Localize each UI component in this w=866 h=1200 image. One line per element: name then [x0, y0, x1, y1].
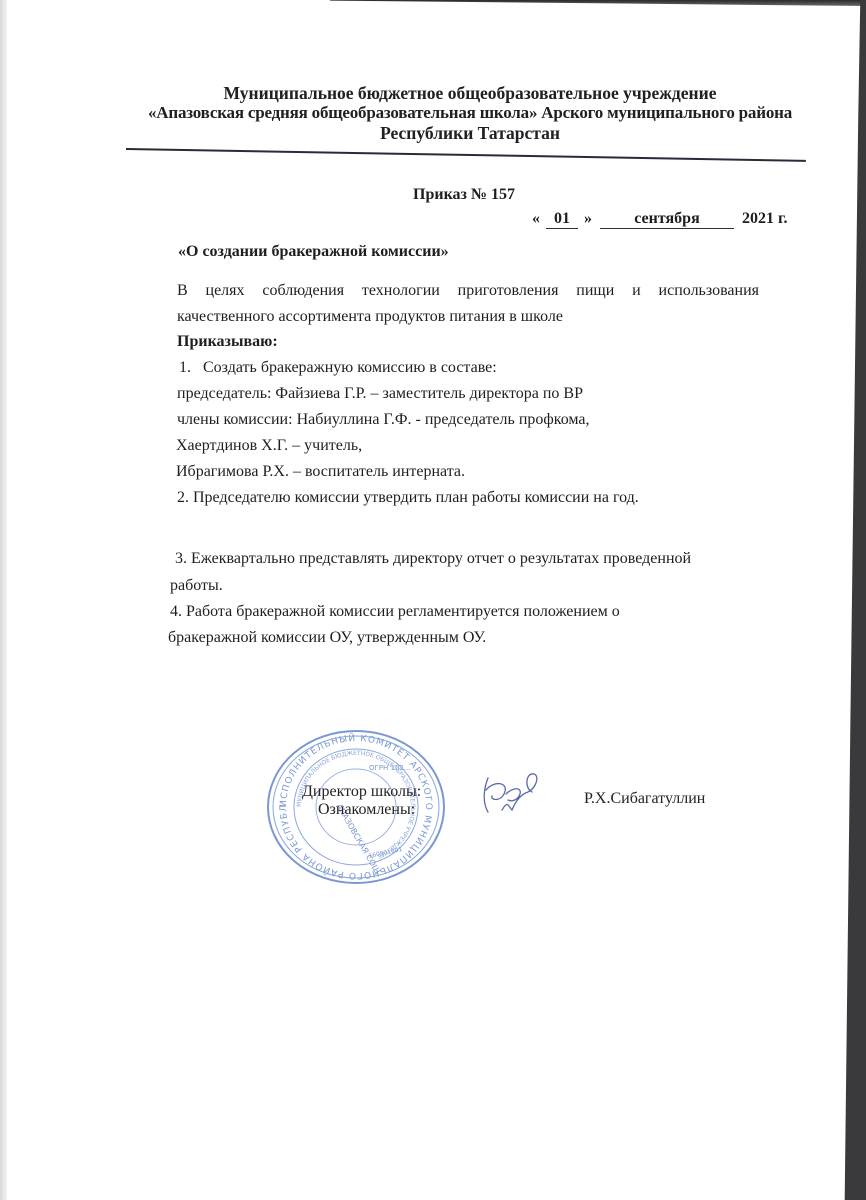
directive: Приказываю: — [177, 333, 278, 351]
item-3-line-2: работы. — [170, 577, 223, 595]
header-line-1: Муниципальное бюджетное общеобразователь… — [120, 83, 820, 103]
date-close-quote: » — [584, 210, 592, 227]
members-line-3: Ибрагимова Р.Х. – воспитатель интерната. — [176, 463, 465, 481]
scan-edge-top — [330, 0, 866, 6]
institution-header: Муниципальное бюджетное общеобразователь… — [120, 83, 820, 143]
stamp-ogrn: ОГРН 102... — [369, 764, 411, 772]
acquainted-label: Ознакомлены: — [318, 801, 415, 819]
members-line-2: Хаертдинов Х.Г. – учитель, — [176, 437, 362, 455]
scan-edge-right — [840, 0, 866, 1200]
item-4-line-2: бракеражной комиссии ОУ, утвержденным ОУ… — [168, 629, 486, 647]
date-year: 2021 г. — [742, 210, 787, 227]
item-2: 2. Председателю комиссии утвердить план … — [177, 489, 639, 507]
members-line-1: члены комиссии: Набиуллина Г.Ф. - предсе… — [177, 411, 590, 429]
date-month: сентября — [600, 210, 734, 229]
order-title: Приказ № 157 — [413, 186, 515, 204]
date-day: 01 — [546, 210, 578, 229]
chairman-line: председатель: Файзиева Г.Р. – заместител… — [177, 385, 583, 403]
header-divider — [126, 148, 806, 162]
director-signature — [478, 770, 548, 820]
director-name: Р.Х.Сибагатуллин — [584, 790, 705, 808]
item-3-line-1: 3. Ежеквартально представлять директору … — [175, 550, 691, 568]
date-open-quote: « — [532, 210, 540, 227]
item-1: 1. Создать бракеражную комиссию в состав… — [179, 359, 497, 377]
intro-line-1: В целях соблюдения технологии приготовле… — [177, 282, 759, 300]
item-4-line-1: 4. Работа бракеражной комиссии регламент… — [170, 603, 620, 621]
order-subject: «О создании бракеражной комиссии» — [178, 243, 449, 261]
intro-line-2: качественного ассортимента продуктов пит… — [177, 308, 563, 326]
order-date: «01»сентября2021 г. — [532, 210, 787, 229]
scan-edge-left — [0, 0, 7, 1200]
director-label: Директор школы: — [302, 783, 421, 801]
header-line-2: «Апазовская средняя общеобразовательная … — [120, 103, 820, 123]
header-line-3: Республики Татарстан — [120, 123, 820, 143]
